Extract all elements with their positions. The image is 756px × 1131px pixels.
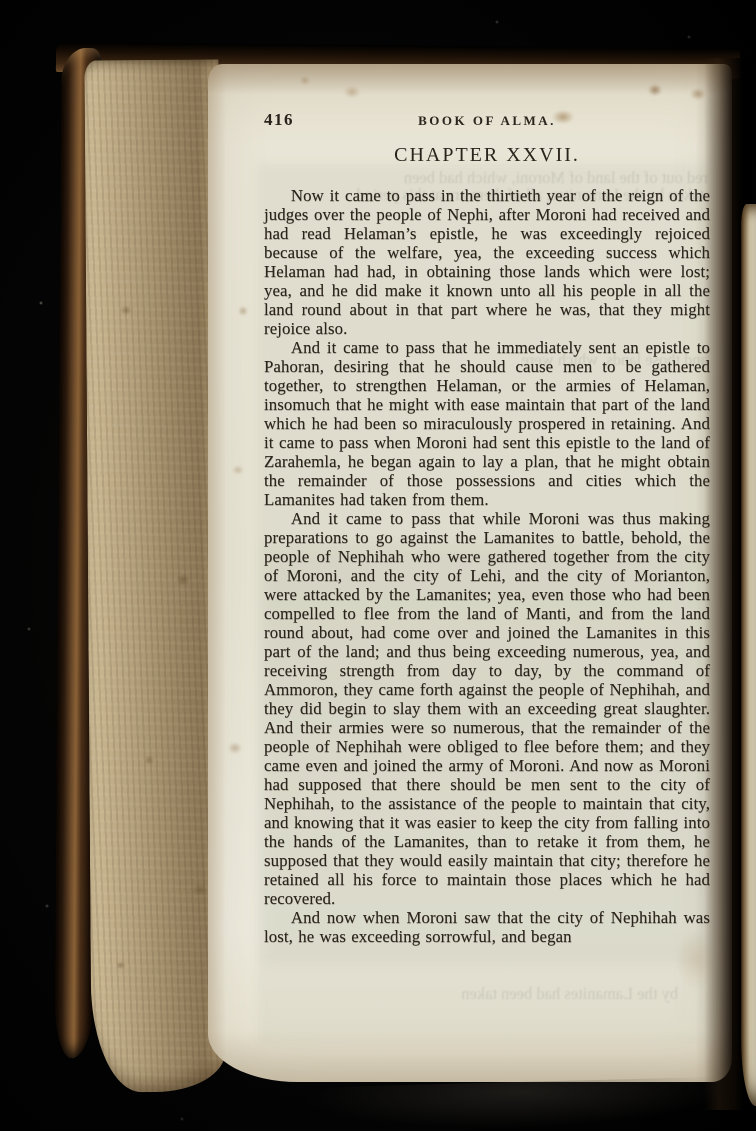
facing-page-sliver [741,204,756,1106]
show-through-text: by the Lamanites had been taken [298,984,678,1004]
paragraph: And now when Moroni saw that the city of… [264,908,710,946]
stain [238,306,248,316]
page-number: 416 [264,110,294,130]
paragraph: Now it came to pass in the thirtieth yea… [264,186,710,338]
chapter-heading: CHAPTER XXVII. [264,144,710,167]
body-text: Now it came to pass in the thirtieth yea… [264,186,710,946]
book-page: red out of the land of Moroni, which had… [208,64,732,1082]
stain [552,110,574,124]
stain [344,86,360,98]
stain [648,84,662,96]
paragraph: And it came to pass that while Moroni wa… [264,509,710,908]
stain [690,88,706,100]
stain [228,742,242,754]
stain [232,465,244,475]
page-header: 416 BOOK OF ALMA. [264,110,710,132]
stain [676,930,716,990]
running-header: BOOK OF ALMA. [264,110,710,129]
page-edges [84,60,225,1093]
backdrop-fold [289,1076,750,1131]
paragraph: And it came to pass that he immediately … [264,338,710,509]
photo-background: red out of the land of Moroni, which had… [0,0,756,1131]
stain [300,76,310,85]
